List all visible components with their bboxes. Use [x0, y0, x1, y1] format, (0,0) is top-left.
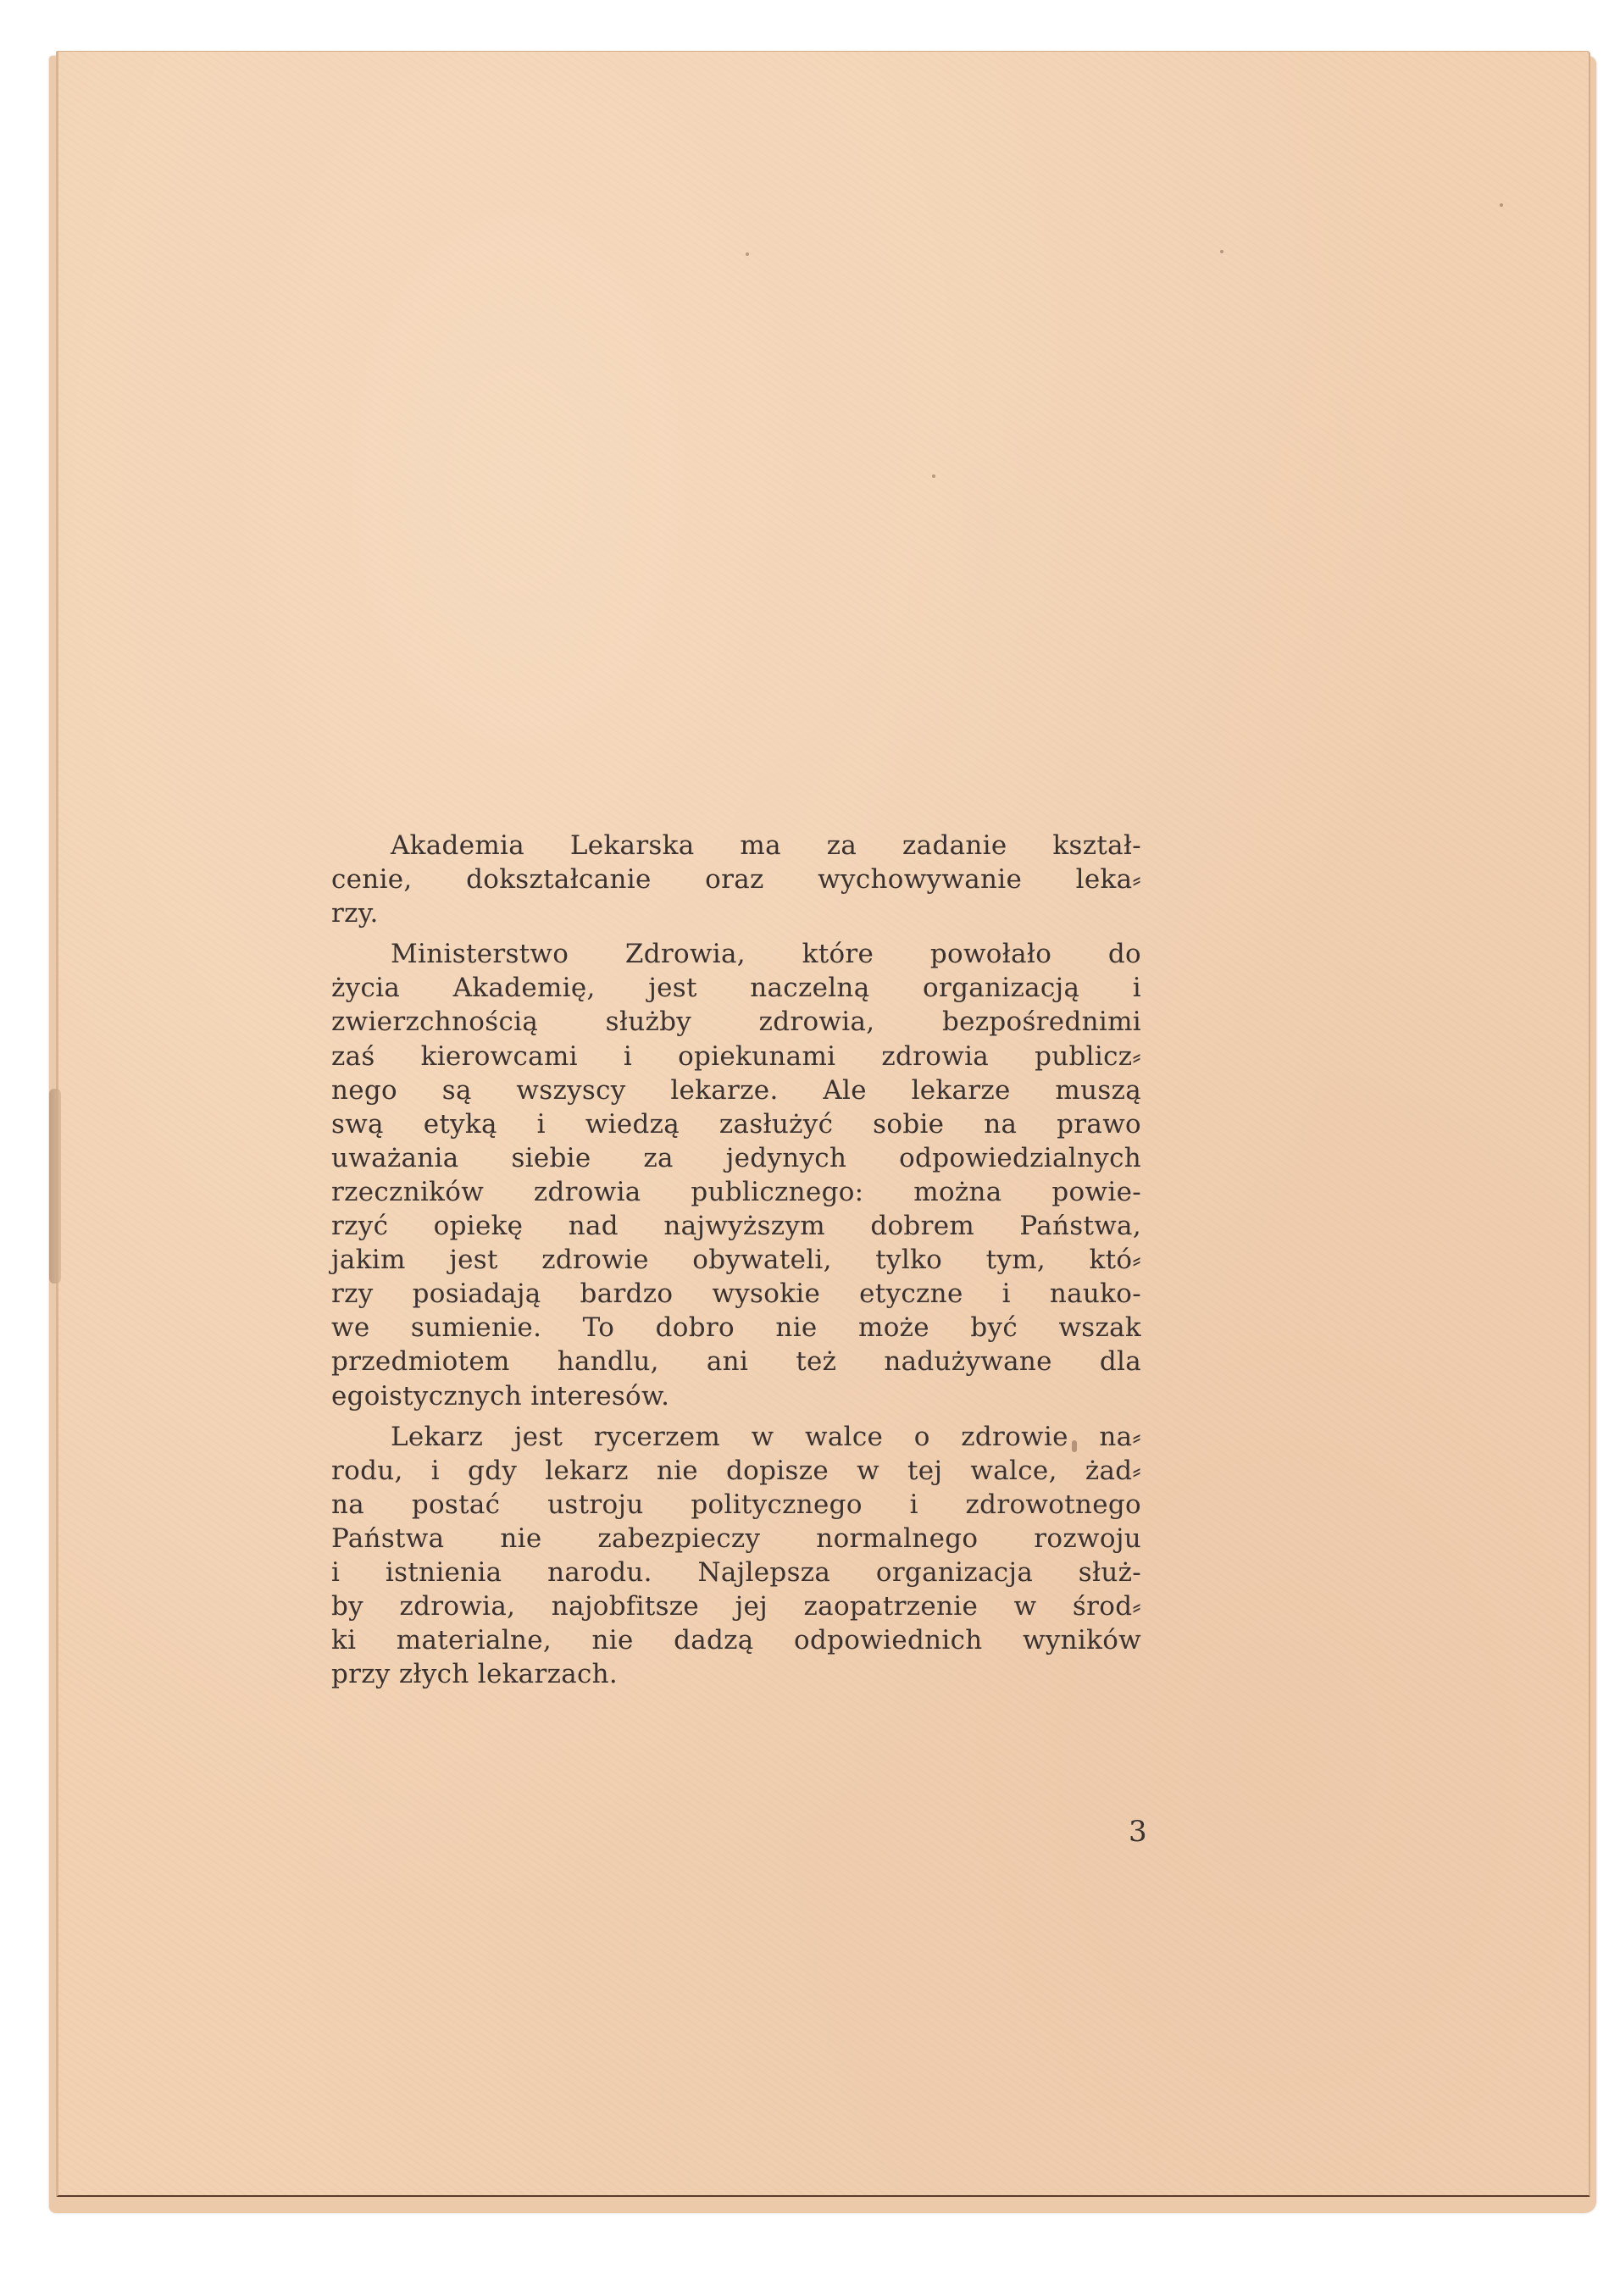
text-line: rzy.: [331, 896, 1141, 930]
paragraph-3: Lekarz jest rycerzem w walce o zdrowie n…: [331, 1420, 1141, 1692]
text-line: przedmiotem handlu, ani też nadużywane d…: [331, 1345, 1141, 1378]
paper-speck: [1500, 203, 1503, 207]
paragraph-1: Akademia Lekarska ma za zadanie kształ- …: [331, 829, 1141, 930]
text-line: i istnienia narodu. Najlepsza organizacj…: [331, 1556, 1141, 1589]
body-text: Akademia Lekarska ma za zadanie kształ- …: [331, 829, 1141, 1698]
text-line: rodu, i gdy lekarz nie dopisze w tej wal…: [331, 1454, 1141, 1488]
paper-speck: [932, 474, 935, 478]
text-line: życia Akademię, jest naczelną organizacj…: [331, 971, 1141, 1005]
text-line: swą etyką i wiedzą zasłużyć sobie na pra…: [331, 1107, 1141, 1141]
text-line: ki materialne, nie dadzą odpowiednich wy…: [331, 1623, 1141, 1657]
text-line: we sumienie. To dobro nie może być wszak: [331, 1311, 1141, 1345]
text-line: Państwa nie zabezpieczy normalnego rozwo…: [331, 1522, 1141, 1556]
paper-speck: [1220, 250, 1223, 253]
text-line: przy złych lekarzach.: [331, 1657, 1141, 1691]
text-line: jakim jest zdrowie obywateli, tylko tym,…: [331, 1243, 1141, 1277]
text-line: nego są wszyscy lekarze. Ale lekarze mus…: [331, 1073, 1141, 1107]
text-line: zwierzchnością służby zdrowia, bezpośred…: [331, 1005, 1141, 1039]
text-line: zaś kierowcami i opiekunami zdrowia publ…: [331, 1040, 1141, 1073]
text-line: egoistycznych interesów.: [331, 1379, 1141, 1413]
binding-tear: [49, 1089, 61, 1284]
paper-speck: [746, 252, 749, 256]
text-line: by zdrowia, najobfitsze jej zaopatrzenie…: [331, 1589, 1141, 1623]
text-line: Ministerstwo Zdrowia, które powołało do: [331, 937, 1141, 971]
text-line: Akademia Lekarska ma za zadanie kształ-: [331, 829, 1141, 862]
text-line: rzyć opiekę nad najwyższym dobrem Państw…: [331, 1209, 1141, 1243]
text-line: rzy posiadają bardzo wysokie etyczne i n…: [331, 1277, 1141, 1311]
text-line: uważania siebie za jedynych odpowiedzial…: [331, 1141, 1141, 1175]
page-number: 3: [1129, 1815, 1147, 1849]
text-line: rzeczników zdrowia publicznego: można po…: [331, 1175, 1141, 1209]
text-line: Lekarz jest rycerzem w walce o zdrowie n…: [331, 1420, 1141, 1454]
text-line: cenie, dokształcanie oraz wychowywanie l…: [331, 862, 1141, 896]
paragraph-2: Ministerstwo Zdrowia, które powołało do …: [331, 937, 1141, 1412]
text-line: na postać ustroju politycznego i zdrowot…: [331, 1488, 1141, 1522]
